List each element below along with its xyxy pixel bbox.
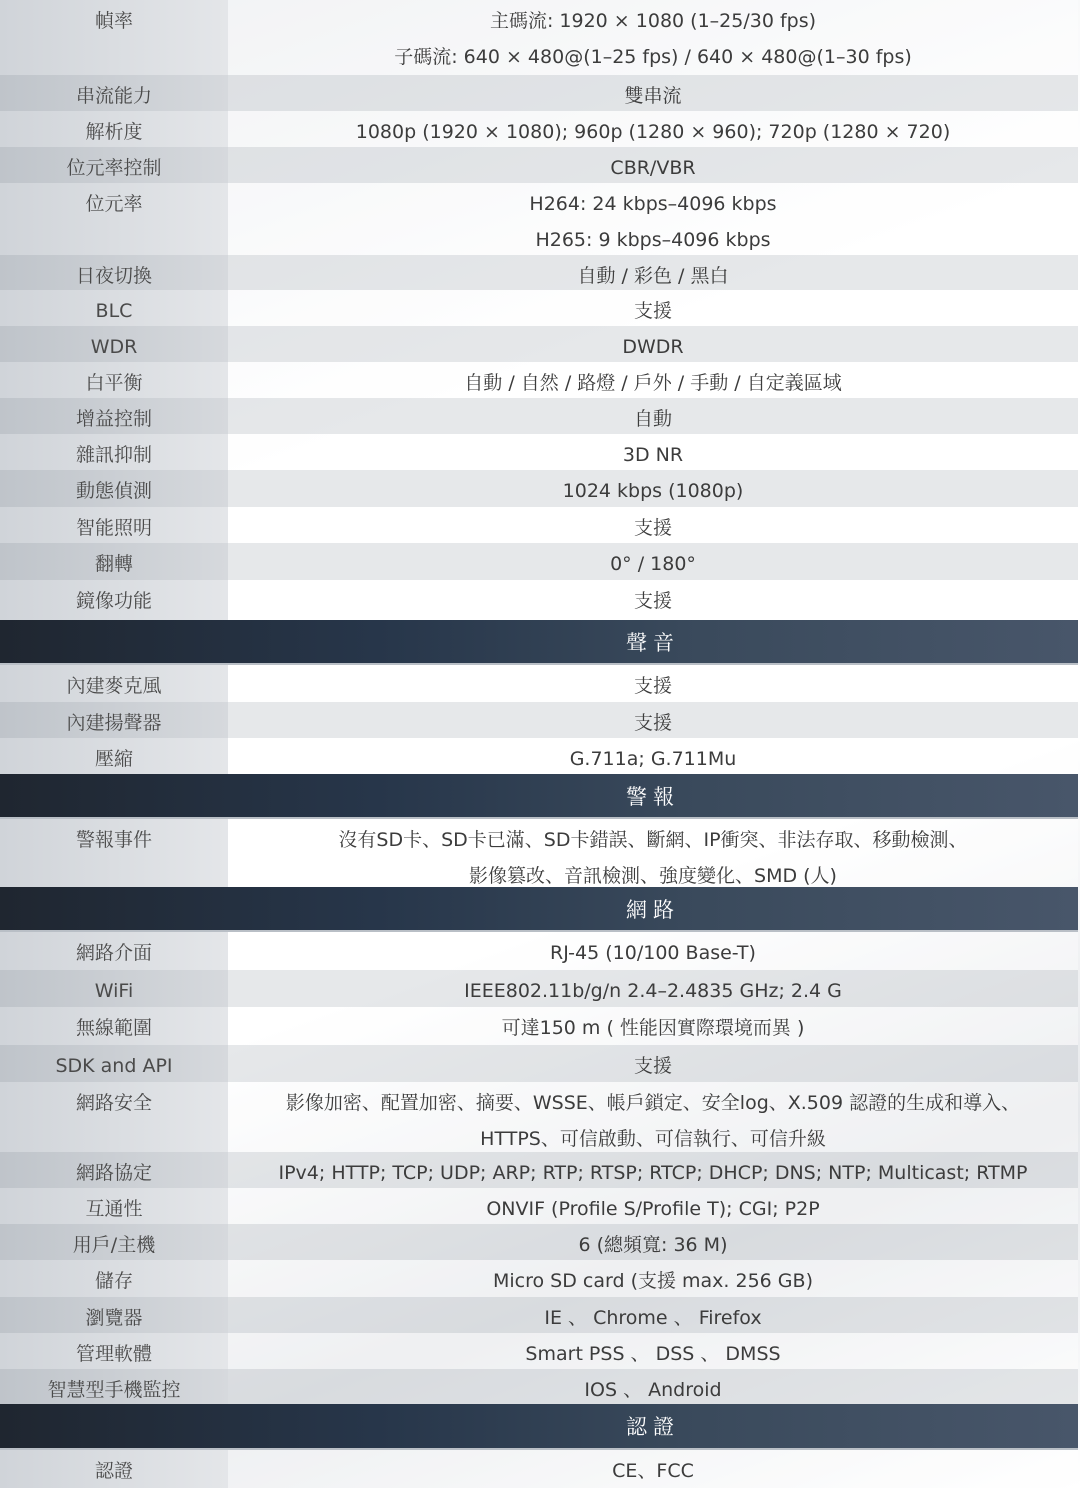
spec-row: 白平衡自動 / 自然 / 路燈 / 戶外 / 手動 / 自定義區域: [0, 362, 1078, 398]
spec-row: 認證CE、FCC: [0, 1450, 1078, 1488]
spec-row: 位元率控制CBR/VBR: [0, 147, 1078, 183]
spec-value-line: G.711a; G.711Mu: [228, 744, 1078, 780]
spec-value: H264: 24 kbps–4096 kbpsH265: 9 kbps–4096…: [228, 183, 1078, 255]
section-title: 警報: [398, 781, 680, 811]
spec-label: 內建麥克風: [0, 665, 228, 702]
spec-value: 支援: [228, 1045, 1078, 1082]
spec-row: 位元率H264: 24 kbps–4096 kbpsH265: 9 kbps–4…: [0, 183, 1078, 255]
spec-row: 雜訊抑制3D NR: [0, 434, 1078, 470]
spec-value: 支援: [228, 665, 1078, 702]
spec-value: 影像加密、配置加密、摘要、WSSE、帳戶鎖定、安全log、X.509 認證的生成…: [228, 1082, 1078, 1152]
spec-value-line: 沒有SD卡、SD卡已滿、SD卡錯誤、斷網、IP衝突、非法存取、移動檢測、: [228, 825, 1078, 861]
spec-label: 動態偵測: [0, 470, 228, 507]
spec-label: 警報事件: [0, 819, 228, 887]
spec-value: IOS 、 Android: [228, 1369, 1078, 1404]
spec-value: CE、FCC: [228, 1450, 1078, 1488]
spec-value: G.711a; G.711Mu: [228, 738, 1078, 774]
spec-value: 沒有SD卡、SD卡已滿、SD卡錯誤、斷網、IP衝突、非法存取、移動檢測、影像篡改…: [228, 819, 1078, 887]
spec-label-text: 警報事件: [0, 825, 228, 861]
spec-value: Micro SD card (支援 max. 256 GB): [228, 1260, 1078, 1297]
spec-label: 無線範圍: [0, 1007, 228, 1045]
spec-value: DWDR: [228, 326, 1078, 362]
spec-value: 可達150 m ( 性能因實際環境而異 ): [228, 1007, 1078, 1045]
spec-value-line: CE、FCC: [228, 1456, 1078, 1488]
spec-label: 位元率: [0, 183, 228, 255]
spec-label-text: 網路安全: [0, 1088, 228, 1124]
spec-label: BLC: [0, 290, 228, 326]
spec-label: WiFi: [0, 970, 228, 1007]
spec-row: 瀏覽器IE 、 Chrome 、 Firefox: [0, 1297, 1078, 1333]
spec-value-line: H264: 24 kbps–4096 kbps: [228, 189, 1078, 225]
spec-label: 壓縮: [0, 738, 228, 774]
spec-value: IEEE802.11b/g/n 2.4–2.4835 GHz; 2.4 G: [228, 970, 1078, 1007]
spec-value-line: 影像加密、配置加密、摘要、WSSE、帳戶鎖定、安全log、X.509 認證的生成…: [228, 1088, 1078, 1124]
spec-value: 1024 kbps (1080p): [228, 470, 1078, 507]
spec-value: 3D NR: [228, 434, 1078, 470]
spec-label-text: 壓縮: [0, 744, 228, 780]
spec-value: 自動 / 自然 / 路燈 / 戶外 / 手動 / 自定義區域: [228, 362, 1078, 398]
spec-row: 網路安全影像加密、配置加密、摘要、WSSE、帳戶鎖定、安全log、X.509 認…: [0, 1082, 1078, 1152]
spec-value: 支援: [228, 290, 1078, 326]
spec-value: 支援: [228, 580, 1078, 620]
section-header: 警報: [0, 774, 1078, 819]
spec-row: 翻轉0° / 180°: [0, 543, 1078, 580]
spec-label-text: 網路介面: [0, 938, 228, 974]
spec-value: ONVIF (Profile S/Profile T); CGI; P2P: [228, 1188, 1078, 1224]
spec-row: 互通性ONVIF (Profile S/Profile T); CGI; P2P: [0, 1188, 1078, 1224]
spec-value: 自動 / 彩色 / 黑白: [228, 255, 1078, 290]
spec-label: 日夜切換: [0, 255, 228, 290]
spec-label: 用戶/主機: [0, 1224, 228, 1260]
spec-row: 網路介面RJ-45 (10/100 Base-T): [0, 932, 1078, 970]
spec-row: 增益控制自動: [0, 398, 1078, 434]
spec-label: 管理軟體: [0, 1333, 228, 1369]
spec-value: RJ-45 (10/100 Base-T): [228, 932, 1078, 970]
spec-row: 無線範圍可達150 m ( 性能因實際環境而異 ): [0, 1007, 1078, 1045]
spec-label: 網路介面: [0, 932, 228, 970]
section-title: 認證: [398, 1411, 680, 1441]
spec-row: 鏡像功能支援: [0, 580, 1078, 620]
spec-label: 互通性: [0, 1188, 228, 1224]
spec-row: 網路協定IPv4; HTTP; TCP; UDP; ARP; RTP; RTSP…: [0, 1152, 1078, 1188]
spec-value: 6 (總頻寬: 36 M): [228, 1224, 1078, 1260]
spec-row: 壓縮G.711a; G.711Mu: [0, 738, 1078, 774]
spec-value-line: 影像篡改、音訊檢測、強度變化、SMD (人): [228, 861, 1078, 897]
spec-label-text: 智慧型手機監控: [0, 1375, 228, 1411]
spec-value-line: 主碼流: 1920 × 1080 (1–25/30 fps): [228, 6, 1078, 42]
spec-row: SDK and API支援: [0, 1045, 1078, 1082]
spec-row: 內建揚聲器支援: [0, 702, 1078, 738]
spec-row: 幀率主碼流: 1920 × 1080 (1–25/30 fps)子碼流: 640…: [0, 0, 1078, 75]
spec-row: 串流能力雙串流: [0, 75, 1078, 111]
spec-label: 智慧型手機監控: [0, 1369, 228, 1404]
spec-value: Smart PSS 、 DSS 、 DMSS: [228, 1333, 1078, 1369]
spec-row: 智能照明支援: [0, 507, 1078, 543]
spec-label: 幀率: [0, 0, 228, 75]
spec-value: IE 、 Chrome 、 Firefox: [228, 1297, 1078, 1333]
section-title: 聲音: [398, 627, 680, 657]
spec-label: 儲存: [0, 1260, 228, 1297]
spec-row: 智慧型手機監控IOS 、 Android: [0, 1369, 1078, 1404]
spec-row: 用戶/主機6 (總頻寬: 36 M): [0, 1224, 1078, 1260]
spec-row: 內建麥克風支援: [0, 665, 1078, 702]
spec-value: 支援: [228, 507, 1078, 543]
spec-label: 白平衡: [0, 362, 228, 398]
spec-label: 增益控制: [0, 398, 228, 434]
spec-row: WDRDWDR: [0, 326, 1078, 362]
spec-label: 雜訊抑制: [0, 434, 228, 470]
spec-row: 解析度1080p (1920 × 1080); 960p (1280 × 960…: [0, 111, 1078, 147]
spec-value: 0° / 180°: [228, 543, 1078, 580]
section-header: 聲音: [0, 620, 1078, 665]
spec-label: WDR: [0, 326, 228, 362]
spec-value: CBR/VBR: [228, 147, 1078, 183]
spec-value: IPv4; HTTP; TCP; UDP; ARP; RTP; RTSP; RT…: [228, 1152, 1078, 1188]
spec-value-line: 子碼流: 640 × 480@(1–25 fps) / 640 × 480@(1…: [228, 42, 1078, 78]
spec-row: WiFiIEEE802.11b/g/n 2.4–2.4835 GHz; 2.4 …: [0, 970, 1078, 1007]
spec-label: 解析度: [0, 111, 228, 147]
spec-row: 動態偵測1024 kbps (1080p): [0, 470, 1078, 507]
spec-label-text: 幀率: [0, 6, 228, 42]
spec-label: 認證: [0, 1450, 228, 1488]
spec-label: 位元率控制: [0, 147, 228, 183]
spec-value-line: 支援: [228, 586, 1078, 622]
spec-row: 儲存Micro SD card (支援 max. 256 GB): [0, 1260, 1078, 1297]
section-title: 網路: [398, 894, 680, 924]
spec-table: 幀率主碼流: 1920 × 1080 (1–25/30 fps)子碼流: 640…: [0, 0, 1078, 1488]
spec-label: 智能照明: [0, 507, 228, 543]
spec-label: 鏡像功能: [0, 580, 228, 620]
spec-label: 網路安全: [0, 1082, 228, 1152]
spec-row: 日夜切換自動 / 彩色 / 黑白: [0, 255, 1078, 290]
spec-row: BLC支援: [0, 290, 1078, 326]
spec-label-text: 位元率: [0, 189, 228, 225]
spec-value-line: IOS 、 Android: [228, 1375, 1078, 1411]
spec-value: 1080p (1920 × 1080); 960p (1280 × 960); …: [228, 111, 1078, 147]
spec-value: 自動: [228, 398, 1078, 434]
spec-row: 管理軟體Smart PSS 、 DSS 、 DMSS: [0, 1333, 1078, 1369]
spec-value-line: RJ-45 (10/100 Base-T): [228, 938, 1078, 974]
spec-value-line: 可達150 m ( 性能因實際環境而異 ): [228, 1013, 1078, 1049]
spec-label: 串流能力: [0, 75, 228, 111]
spec-label: 瀏覽器: [0, 1297, 228, 1333]
spec-value: 支援: [228, 702, 1078, 738]
spec-row: 警報事件沒有SD卡、SD卡已滿、SD卡錯誤、斷網、IP衝突、非法存取、移動檢測、…: [0, 819, 1078, 887]
spec-label: SDK and API: [0, 1045, 228, 1082]
spec-label-text: 鏡像功能: [0, 586, 228, 622]
spec-value: 雙串流: [228, 75, 1078, 111]
spec-label: 內建揚聲器: [0, 702, 228, 738]
spec-label-text: 認證: [0, 1456, 228, 1488]
spec-label-text: 無線範圍: [0, 1013, 228, 1049]
spec-label: 網路協定: [0, 1152, 228, 1188]
spec-value: 主碼流: 1920 × 1080 (1–25/30 fps)子碼流: 640 ×…: [228, 0, 1078, 75]
spec-label: 翻轉: [0, 543, 228, 580]
